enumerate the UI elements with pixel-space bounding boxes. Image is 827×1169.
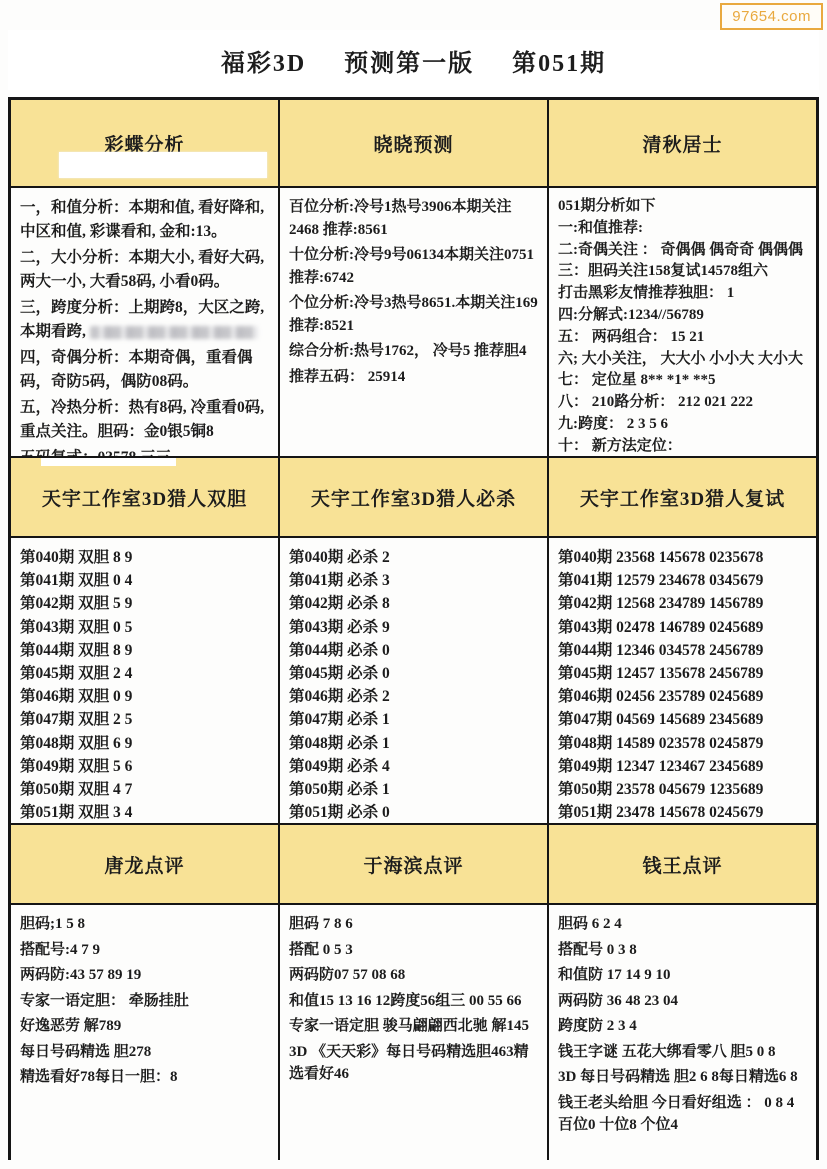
comment-line: 每日号码精选 胆278 [20, 1041, 269, 1064]
comment-line: 胆码 6 2 4 [558, 913, 807, 936]
forecast-line: 综合分析:热号1762， 冷号5 推荐胆4 [289, 340, 538, 363]
history-row: 第046期 02456 235789 0245689 [558, 685, 807, 708]
history-row: 第043期 必杀 9 [289, 616, 538, 639]
page-background: 97654.com 福彩3D 预测第一版 第051期 彩蝶分析 晓晓预测 清秋居… [0, 0, 827, 1169]
history-row: 第051期 23478 145678 0245679 [558, 801, 807, 823]
analysis-line: 五码复式：03578 三三三:035/078/357 两码:05 08 37包星… [20, 446, 269, 456]
panel-yuhaibin-comment: 胆码 7 8 6搭配 0 5 3两码防07 57 08 68和值15 13 16… [280, 905, 547, 1163]
analysis-line: 五： 两码组合： 15 21 [558, 327, 807, 349]
analysis-line: 二，大小分析：本期大小, 看好大码, 两大一小, 大看58码, 小看0码。 [20, 246, 269, 294]
analysis-line: 三：胆码关注158复试14578组六 [558, 261, 807, 283]
history-row: 第040期 23568 145678 0235678 [558, 546, 807, 569]
analysis-line: 四，奇偶分析：本期奇偶，重看偶码，奇防5码，偶防08码。 [20, 346, 269, 394]
analysis-line: 三，跨度分析：上期跨8，大区之跨, 本期看跨, [20, 296, 269, 344]
history-row: 第045期 12457 135678 2456789 [558, 662, 807, 685]
history-row: 第041期 12579 234678 0345679 [558, 569, 807, 592]
history-row: 第042期 12568 234789 1456789 [558, 592, 807, 615]
panel-title: 天宇工作室3D猎人必杀 [311, 484, 516, 511]
blurred-illegible-text [90, 326, 258, 339]
panel-title: 清秋居士 [642, 130, 722, 157]
panel-xiaoxiao-forecast: 百位分析:冷号1热号3906本期关注2468 推荐:8561十位分析:冷号9号0… [280, 188, 547, 456]
comment-line: 和值防 17 14 9 10 [558, 964, 807, 987]
history-row: 第044期 必杀 0 [289, 639, 538, 662]
panel-title: 唐龙点评 [104, 851, 184, 878]
analysis-line: 七： 定位星 8** *1* **5 [558, 370, 807, 392]
history-row: 第040期 双胆 8 9 [20, 546, 269, 569]
history-row: 第042期 双胆 5 9 [20, 592, 269, 615]
comment-line: 搭配号 0 3 8 [558, 939, 807, 962]
prediction-grid: 彩蝶分析 晓晓预测 清秋居士 一，和值分析：本期和值, 看好降和, 中区和值, … [8, 97, 819, 1160]
history-row: 第050期 双胆 4 7 [20, 778, 269, 801]
comment-line: 3D 《天天彩》每日号码精选胆463精选看好46 [289, 1041, 538, 1086]
analysis-line: 九:跨度： 2 3 5 6 [558, 414, 807, 436]
panel-title: 晓晓预测 [373, 130, 453, 157]
history-row: 第044期 双胆 8 9 [20, 639, 269, 662]
comment-line: 钱王字谜 五花大绑看零八 胆5 0 8 [558, 1041, 807, 1064]
comment-line: 两码防:43 57 89 19 [20, 964, 269, 987]
analysis-line: 十： 新方法定位： 04578/12357//56789 [558, 436, 807, 456]
history-row: 第047期 必杀 1 [289, 708, 538, 731]
history-row: 第048期 必杀 1 [289, 732, 538, 755]
header-tianyu-bisha: 天宇工作室3D猎人必杀 [280, 458, 547, 536]
history-row: 第050期 必杀 1 [289, 778, 538, 801]
comment-line: 精选看好78每日一胆：8 [20, 1066, 269, 1089]
header-qianwang-comment: 钱王点评 [549, 825, 816, 903]
history-row: 第043期 双胆 0 5 [20, 616, 269, 639]
history-row: 第044期 12346 034578 2456789 [558, 639, 807, 662]
comment-line: 两码防07 57 08 68 [289, 964, 538, 987]
analysis-line: 051期分析如下 [558, 196, 807, 218]
forecast-line: 个位分析:冷号3热号8651.本期关注169 推荐:8521 [289, 292, 538, 337]
panel-tanglong-comment: 胆码;1 5 8搭配号:4 7 9两码防:43 57 89 19专家一语定胆： … [11, 905, 278, 1163]
panel-qianwang-comment: 胆码 6 2 4搭配号 0 3 8和值防 17 14 9 10两码防 36 48… [549, 905, 816, 1163]
history-row: 第041期 双胆 0 4 [20, 569, 269, 592]
comment-line: 好逸恶劳 解789 [20, 1015, 269, 1038]
history-row: 第040期 必杀 2 [289, 546, 538, 569]
panel-title: 钱王点评 [642, 851, 722, 878]
header-xiaoxiao-forecast: 晓晓预测 [280, 100, 547, 186]
header-yuhaibin-comment: 于海滨点评 [280, 825, 547, 903]
history-row: 第049期 必杀 4 [289, 755, 538, 778]
comment-line: 和值15 13 16 12跨度56组三 00 55 66 [289, 990, 538, 1013]
title-issue: 第051期 [512, 43, 606, 78]
panel-tianyu-shuangdan: 第040期 双胆 8 9第041期 双胆 0 4第042期 双胆 5 9第043… [11, 538, 278, 823]
comment-line: 搭配 0 5 3 [289, 939, 538, 962]
header-tianyu-shuangdan: 天宇工作室3D猎人双胆 [11, 458, 278, 536]
header-tanglong-comment: 唐龙点评 [11, 825, 278, 903]
comment-line: 胆码;1 5 8 [20, 913, 269, 936]
header-qingqiu-jushi: 清秋居士 [549, 100, 816, 186]
history-row: 第051期 双胆 3 4 [20, 801, 269, 823]
comment-line: 钱王老头给胆 今日看好组选 ： 0 8 4百位0 十位8 个位4 [558, 1092, 807, 1137]
history-row: 第049期 12347 123467 2345689 [558, 755, 807, 778]
masthead-title: 福彩3D 预测第一版 第051期 [8, 30, 819, 90]
forecast-line: 十位分析:冷号9号06134本期关注0751 推荐:6742 [289, 244, 538, 289]
panel-title: 天宇工作室3D猎人双胆 [42, 484, 247, 511]
analysis-line: 打击黑彩友情推荐独胆： 1 [558, 283, 807, 305]
forecast-line: 推荐五码： 25914 [289, 366, 538, 389]
comment-line: 两码防 36 48 23 04 [558, 990, 807, 1013]
comment-line: 跨度防 2 3 4 [558, 1015, 807, 1038]
history-row: 第045期 必杀 0 [289, 662, 538, 685]
header-tianyu-fushi: 天宇工作室3D猎人复试 [549, 458, 816, 536]
analysis-line: 二:奇偶关注 ： 奇偶偶 偶奇奇 偶偶偶 [558, 240, 807, 262]
forecast-line: 百位分析:冷号1热号3906本期关注2468 推荐:8561 [289, 196, 538, 241]
history-row: 第048期 双胆 6 9 [20, 732, 269, 755]
analysis-line: 六; 大小关注， 大大小 小小大 大小大 [558, 349, 807, 371]
analysis-line: 一，和值分析：本期和值, 看好降和, 中区和值, 彩谍看和, 金和:13。 [20, 196, 269, 244]
title-edition: 预测第一版 [344, 43, 474, 78]
history-row: 第042期 必杀 8 [289, 592, 538, 615]
comment-line: 专家一语定胆 骏马翩翩西北驰 解145 [289, 1015, 538, 1038]
panel-tianyu-bisha: 第040期 必杀 2第041期 必杀 3第042期 必杀 8第043期 必杀 9… [280, 538, 547, 823]
analysis-line: 四:分解式:1234//56789 [558, 305, 807, 327]
title-game: 福彩3D [221, 43, 306, 78]
comment-line: 搭配号:4 7 9 [20, 939, 269, 962]
history-row: 第051期 必杀 0 [289, 801, 538, 823]
history-row: 第050期 23578 045679 1235689 [558, 778, 807, 801]
comment-line: 3D 每日号码精选 胆2 6 8每日精选6 8 [558, 1066, 807, 1089]
history-row: 第043期 02478 146789 0245689 [558, 616, 807, 639]
panel-title: 天宇工作室3D猎人复试 [580, 484, 785, 511]
history-row: 第048期 14589 023578 0245879 [558, 732, 807, 755]
panel-tianyu-fushi: 第040期 23568 145678 0235678第041期 12579 23… [549, 538, 816, 823]
analysis-line: 一:和值推荐: [558, 218, 807, 240]
history-row: 第046期 必杀 2 [289, 685, 538, 708]
analysis-line: 五，冷热分析：热有8码, 冷重看0码, 重点关注。胆码：金0银5铜8 [20, 396, 269, 444]
panel-qingqiu-jushi: 051期分析如下一:和值推荐:二:奇偶关注 ： 奇偶偶 偶奇奇 偶偶偶三：胆码关… [549, 188, 816, 456]
header-caidie-analysis: 彩蝶分析 [11, 100, 278, 186]
comment-line: 胆码 7 8 6 [289, 913, 538, 936]
history-row: 第045期 双胆 2 4 [20, 662, 269, 685]
history-row: 第047期 04569 145689 2345689 [558, 708, 807, 731]
panel-title: 于海滨点评 [363, 851, 463, 878]
whiteout-patch [41, 458, 176, 466]
whiteout-patch [59, 152, 267, 178]
history-row: 第049期 双胆 5 6 [20, 755, 269, 778]
site-badge-link[interactable]: 97654.com [720, 3, 823, 30]
panel-caidie-analysis: 一，和值分析：本期和值, 看好降和, 中区和值, 彩谍看和, 金和:13。 二，… [11, 188, 278, 456]
history-row: 第046期 双胆 0 9 [20, 685, 269, 708]
history-row: 第047期 双胆 2 5 [20, 708, 269, 731]
comment-line: 专家一语定胆： 牵肠挂肚 [20, 990, 269, 1013]
analysis-line: 八： 210路分析： 212 021 222 [558, 392, 807, 414]
history-row: 第041期 必杀 3 [289, 569, 538, 592]
